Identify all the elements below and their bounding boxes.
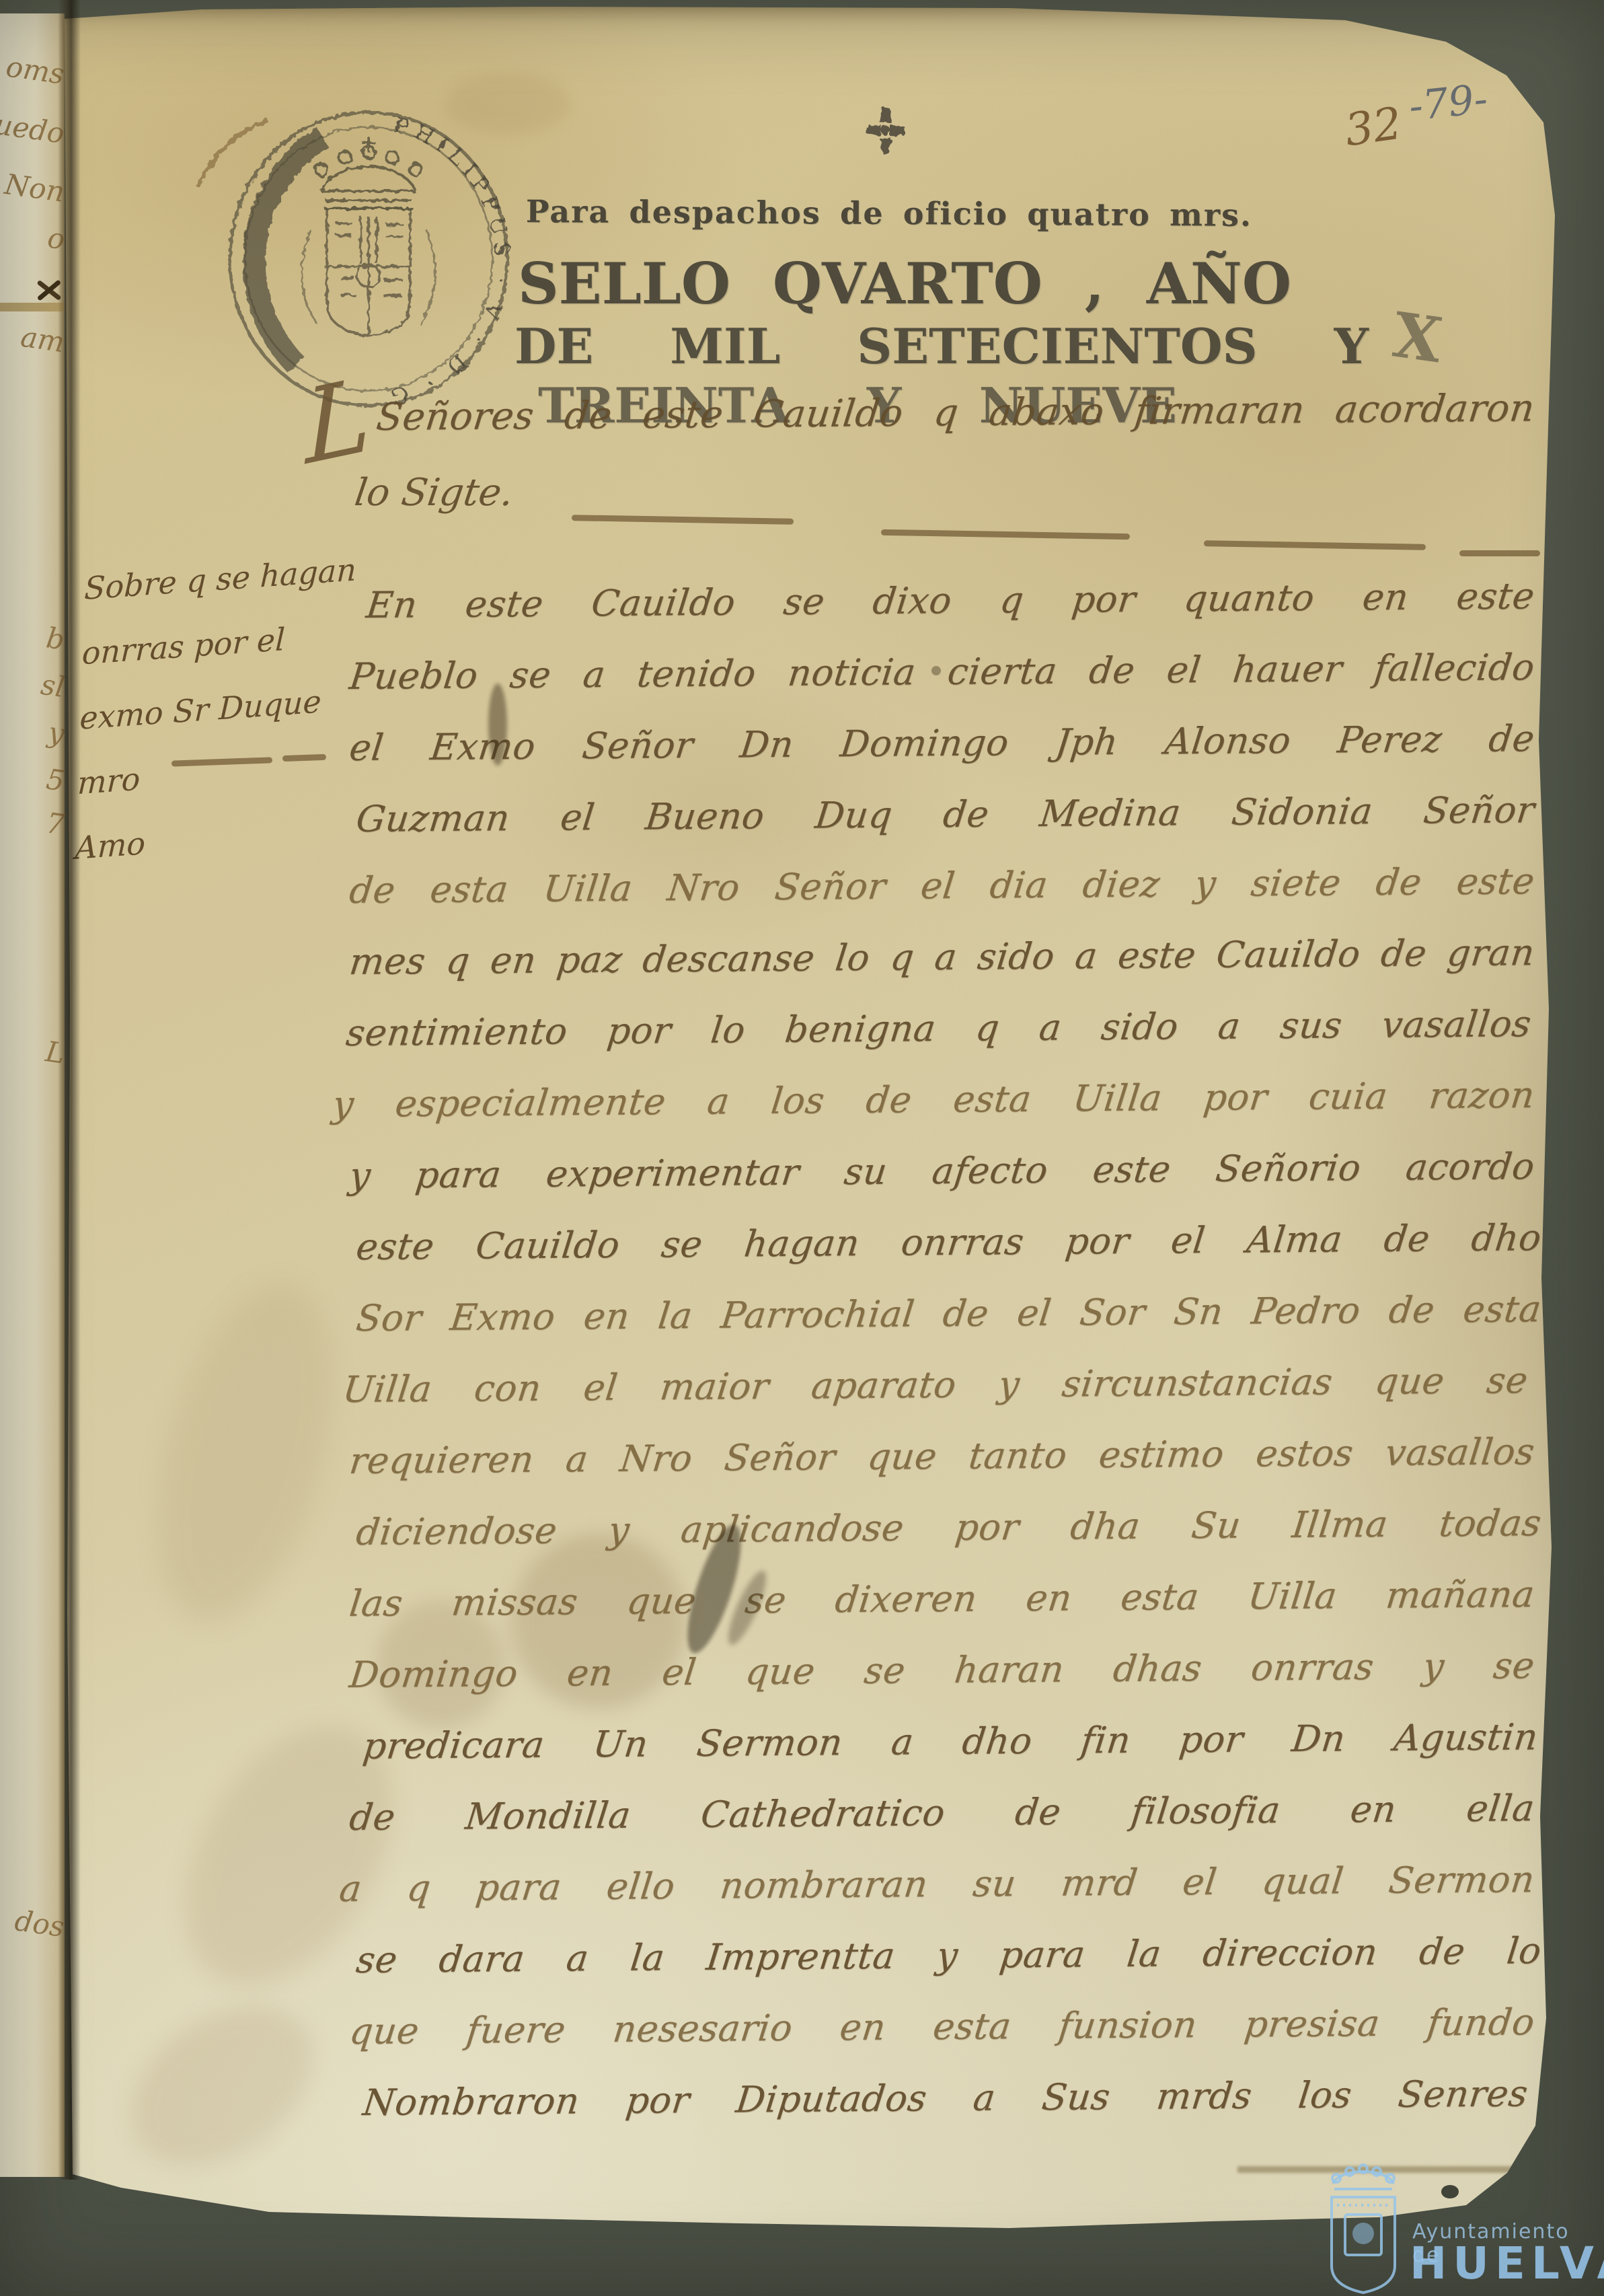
- previous-page-strip: oms quedo Non o am b sl y 5 7 L dos: [0, 13, 65, 2177]
- printed-cross-icon: [862, 102, 909, 159]
- margin-note-line: exmo Sr Duque mro: [76, 665, 383, 815]
- binding-groove-shadow: [58, 0, 81, 2180]
- manuscript-line: mes q en paz descanse lo q a sido a este…: [347, 931, 1537, 983]
- tax-stamp-ornament: X: [1389, 299, 1447, 377]
- tax-stamp-year-line: DE MIL SETECIENTOS Y: [514, 318, 1369, 375]
- ink-rule: [1204, 540, 1426, 550]
- manuscript-line: Sor Exmo en la Parrochial de el Sor Sn P…: [354, 1288, 1543, 1339]
- manuscript-line: Domingo en el que se haran dhas onrras y…: [347, 1644, 1537, 1696]
- svg-text:PHILIPPUS · V · D · G: PHILIPPUS · V · D · G: [383, 112, 515, 410]
- manuscript-line: el Exmo Señor Dn Domingo Jph Alonso Pere…: [347, 717, 1537, 769]
- tax-stamp-title: SELLO QVARTO , AÑO: [518, 250, 1291, 317]
- manuscript-line: requieren a Nro Señor que tanto estimo e…: [347, 1430, 1537, 1482]
- manuscript-line: Pueblo se a tenido noticia cierta de el …: [347, 646, 1537, 698]
- previous-page-fragment: quedo: [0, 105, 67, 150]
- manuscript-line: de esta Uilla Nro Señor el dia diez y si…: [347, 860, 1537, 912]
- margin-note: Sobre q se hagan onrras por el exmo Sr D…: [69, 536, 393, 879]
- bleed-through: [126, 1264, 366, 1642]
- manuscript-line: Nombraron por Diputados a Sus mrds los S…: [360, 2072, 1530, 2124]
- ink-rule: [572, 515, 794, 525]
- manuscript-line: y especialmente a los de esta Uilla por …: [330, 1074, 1537, 1125]
- archive-number-pencil: -79-: [1407, 75, 1490, 131]
- ink-flourish: [192, 108, 273, 195]
- seal-legend: PHILIPPUS · V · D · G: [383, 112, 515, 410]
- binding-crease: [0, 303, 65, 311]
- manuscript-line: y para experimentar su afecto este Señor…: [347, 1145, 1537, 1197]
- manuscript-line: diciendose y aplicandose por dha Su Illm…: [354, 1502, 1543, 1553]
- manuscript-line: que fuere nesesario en esta funsion pres…: [347, 2001, 1537, 2052]
- manuscript-line: En este Cauildo se dixo q por quanto en …: [364, 575, 1537, 626]
- watermark-text-big: HUELVA: [1410, 2237, 1604, 2289]
- scanned-archive-page: { "numbers": { "ink": "32", "pencil": "-…: [0, 0, 1604, 2296]
- previous-page-fragment: Non: [3, 168, 67, 209]
- archive-number-ink: 32: [1342, 98, 1405, 157]
- manuscript-line: a q para ello nombraran su mrd el qual S…: [337, 1858, 1537, 1910]
- huelva-crest-icon: [1320, 2158, 1407, 2296]
- archive-watermark: Ayuntamiento de HUELVA: [1320, 2158, 1602, 2296]
- ink-rule: [1459, 550, 1540, 556]
- manuscript-line: predicara Un Sermon a dho fin por Dn Agu…: [360, 1715, 1540, 1767]
- manuscript-line: sentimiento por lo benigna q a sido a su…: [344, 1002, 1533, 1054]
- manuscript-line: Uilla con el maior aparato y sircunstanc…: [340, 1359, 1530, 1411]
- manuscript-page: PHILIPPUS · V · D · G 32 -79- Para despa…: [0, 0, 1604, 2296]
- manuscript-line: Guzman el Bueno Duq de Medina Sidonia Se…: [354, 788, 1537, 840]
- opening-initial: L: [303, 355, 373, 488]
- manuscript-line: se dara a la Imprentta y para la direcci…: [354, 1929, 1543, 1981]
- bleed-through: [101, 1972, 343, 2198]
- manuscript-line: de Mondilla Cathedratico de filosofia en…: [347, 1787, 1537, 1839]
- ink-rule: [881, 529, 1130, 540]
- manuscript-line: las missas que se dixeren en esta Uilla …: [347, 1573, 1537, 1625]
- acuerdo-opening-line: Señores de este Cauildo q abaxo firmaran…: [374, 386, 1537, 439]
- acuerdo-sig-line: lo Sigte.: [352, 471, 516, 515]
- seal-crown-icon: [315, 137, 422, 209]
- manuscript-line: este Cauildo se hagan onrras por el Alma…: [354, 1216, 1543, 1268]
- seal-shield-icon: [327, 209, 410, 336]
- tax-stamp-motto: Para despachos de oficio quatro mrs.: [526, 193, 1252, 233]
